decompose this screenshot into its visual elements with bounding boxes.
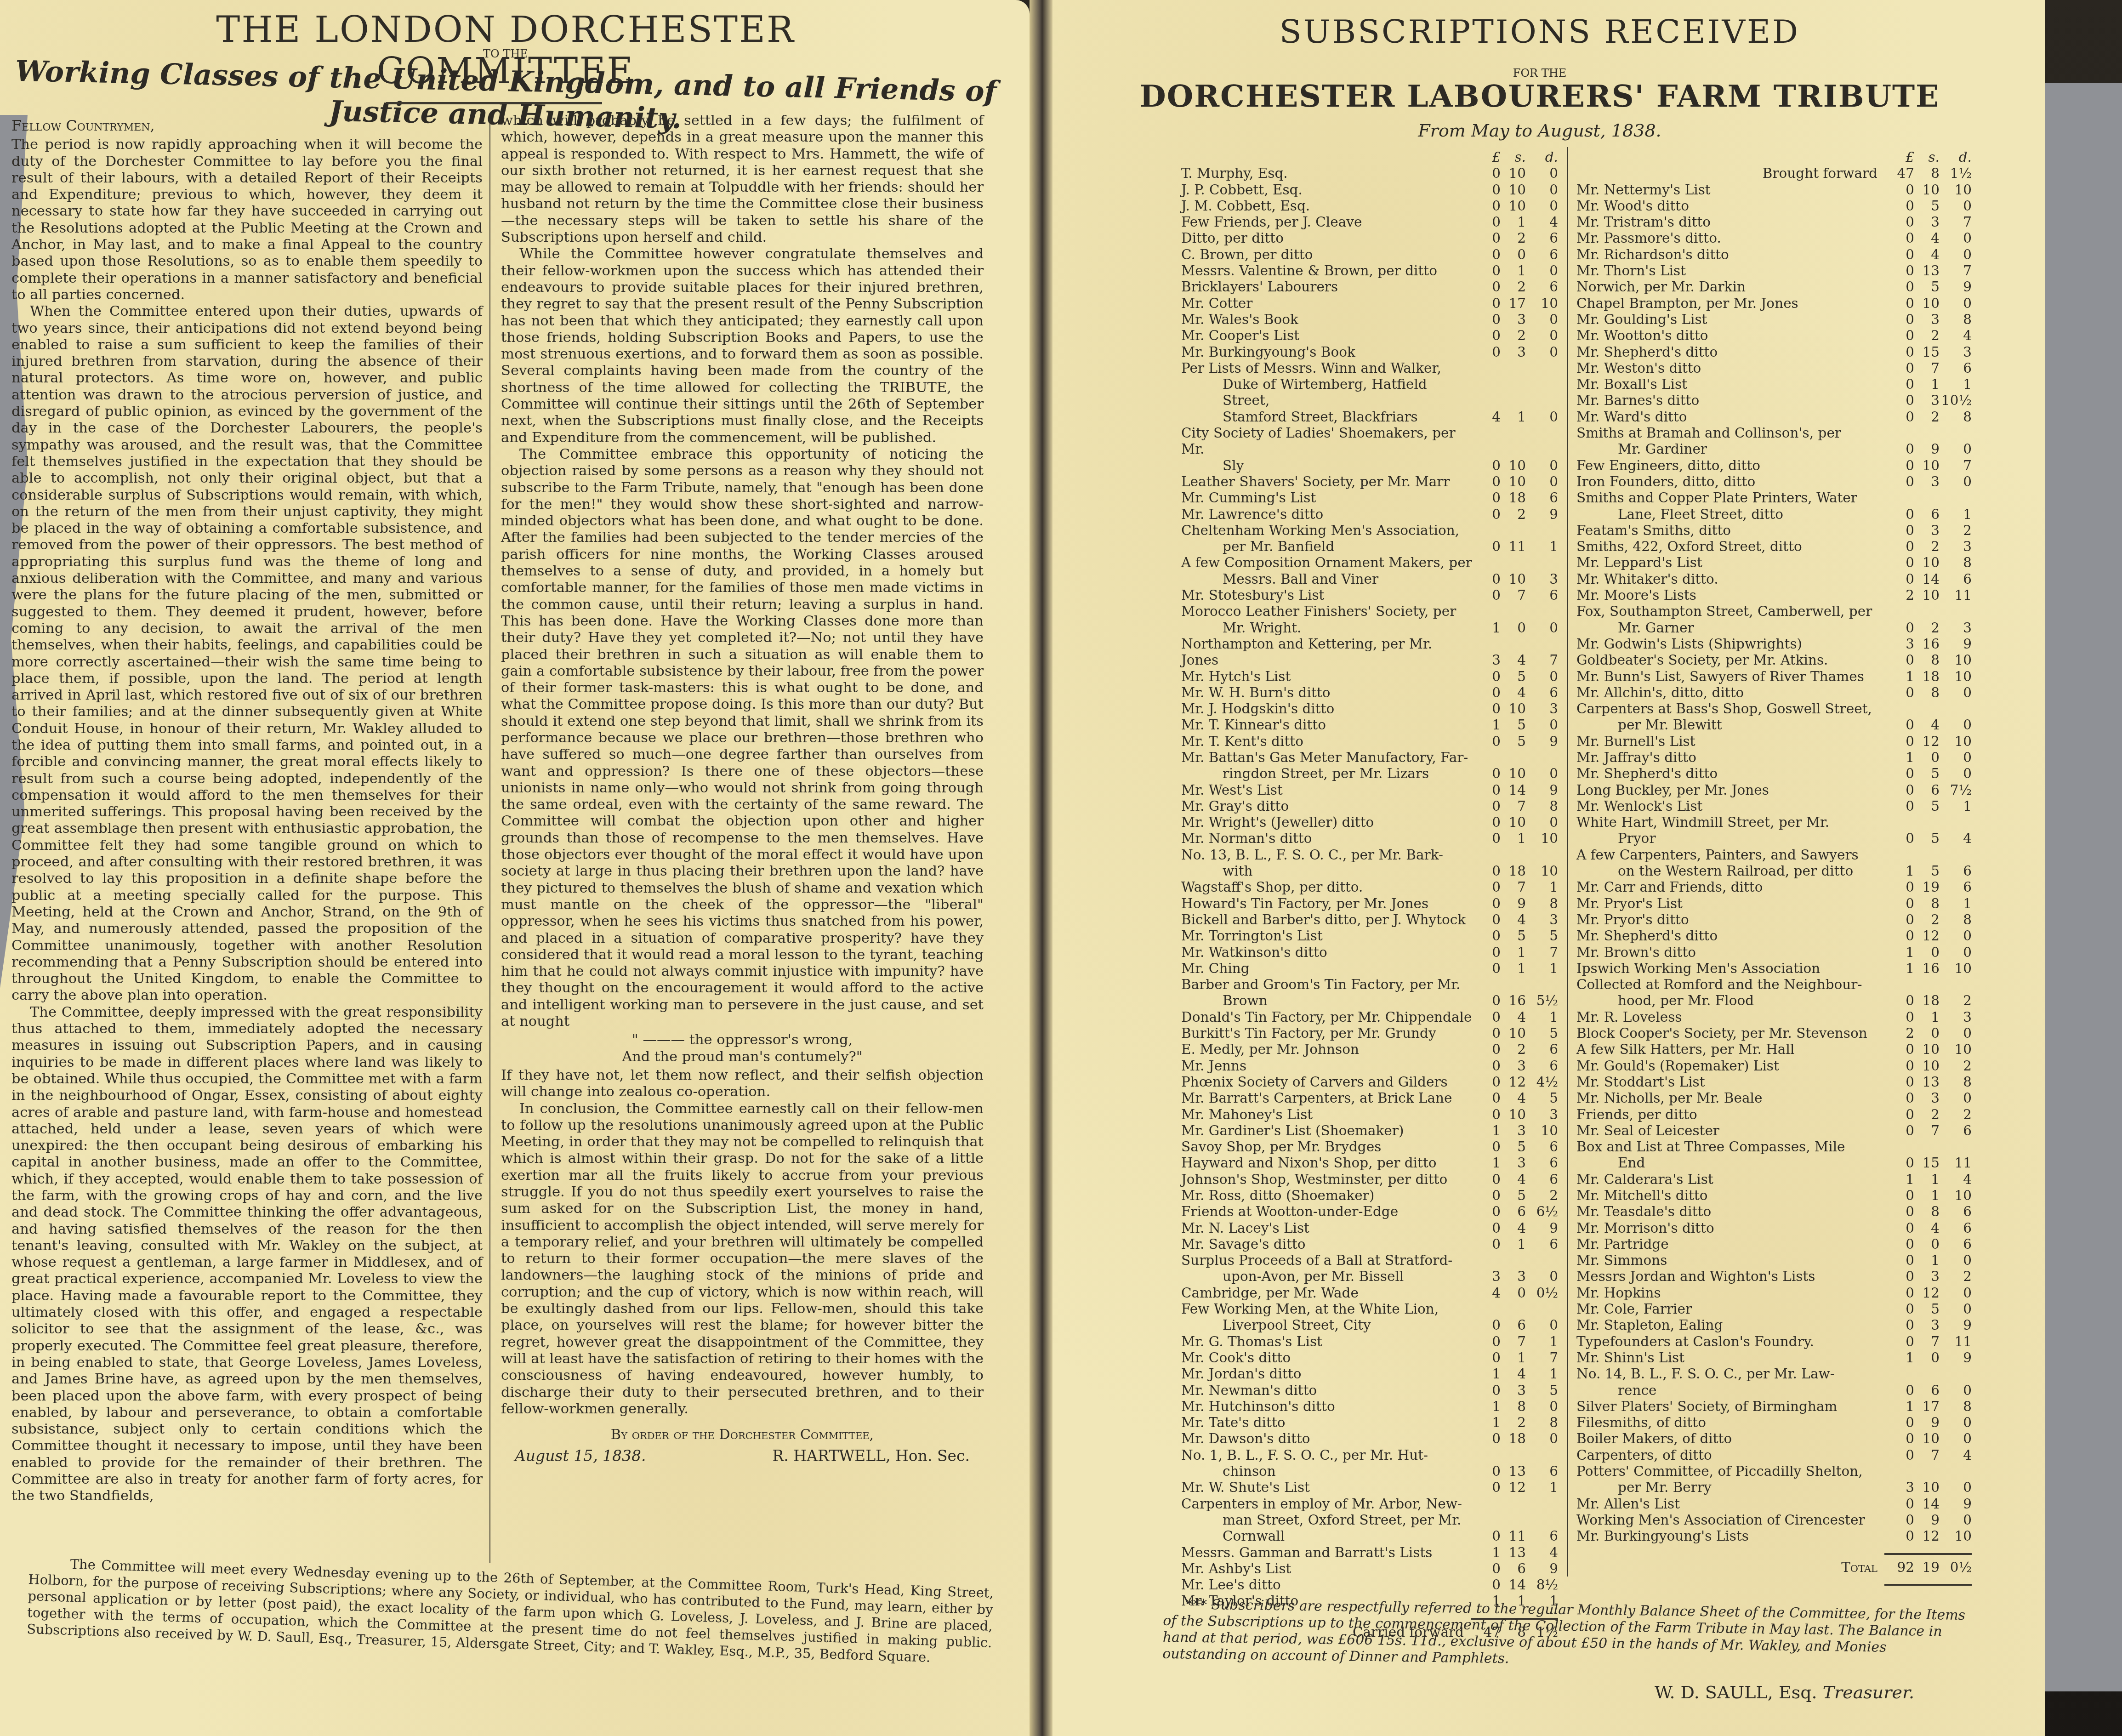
amount-pence: 7 xyxy=(1940,214,1972,230)
amount-shillings: 12 xyxy=(1501,1074,1526,1090)
subscription-row: Mr. Pryor's ditto028 xyxy=(1576,912,1972,928)
amount-pence: 4½ xyxy=(1526,1074,1558,1090)
subscriber-name: Mr. West's List xyxy=(1181,782,1473,798)
subscription-row: Northampton and Kettering, per Mr. Jones… xyxy=(1181,636,1558,669)
subscriber-name: Mr. Cumming's List xyxy=(1181,490,1473,506)
amount-shillings: 12 xyxy=(1914,1528,1940,1544)
amount-shillings: 1 xyxy=(1501,214,1526,230)
amount-pounds: 0 xyxy=(1887,214,1914,230)
amount-shillings: 14 xyxy=(1914,1496,1940,1512)
subscription-row: City Society of Ladies' Shoemakers, per … xyxy=(1181,425,1558,474)
amount-pounds: 0 xyxy=(1473,928,1501,944)
subscriptions-title: SUBSCRIPTIONS RECEIVED xyxy=(1057,13,2022,51)
amount-pounds: 0 xyxy=(1473,1350,1501,1366)
amount-shillings: 3 xyxy=(1501,344,1526,360)
amount-pence: 6 xyxy=(1526,1042,1558,1058)
amount-pence: 2 xyxy=(1526,1188,1558,1204)
amount-pounds: 0 xyxy=(1887,831,1914,847)
subscriber-name: Ipswich Working Men's Association xyxy=(1576,961,1887,977)
subscription-row: Mr. Tristram's ditto037 xyxy=(1576,214,1972,230)
amount-pounds: 0 xyxy=(1473,247,1501,263)
amount-pence: 6 xyxy=(1526,1058,1558,1074)
subscriber-name: Per Lists of Messrs. Winn and Walker,Duk… xyxy=(1181,360,1473,425)
subscription-row: Carpenters, of ditto074 xyxy=(1576,1447,1972,1463)
amount-pence: 0 xyxy=(1940,1512,1972,1528)
subscriber-name: Mr. Ward's ditto xyxy=(1576,409,1887,425)
amount-shillings: 5 xyxy=(1914,1301,1940,1317)
amount-pounds: 0 xyxy=(1887,1285,1914,1301)
amount-shillings: 4 xyxy=(1501,912,1526,928)
subscriber-name: Ditto, per ditto xyxy=(1181,230,1473,246)
amount-shillings: 3 xyxy=(1501,312,1526,328)
amount-pounds: 1 xyxy=(1887,945,1914,961)
subscriber-name: Silver Platers' Society, of Birmingham xyxy=(1576,1399,1887,1415)
amount-shillings: 16 xyxy=(1914,636,1940,652)
amount-pounds: 0 xyxy=(1887,1317,1914,1333)
amount-pence: 1 xyxy=(1526,1366,1558,1382)
amount-pounds: 0 xyxy=(1473,912,1501,928)
amount-shillings: 5 xyxy=(1914,863,1940,879)
subscriber-name: Mr. Wenlock's List xyxy=(1576,798,1887,814)
subscriber-name: Cheltenham Working Men's Association,per… xyxy=(1181,523,1473,555)
subscription-row: No. 14, B. L., F. S. O. C., per Mr. Law-… xyxy=(1576,1366,1972,1399)
subscription-row: Mr. Newman's ditto035 xyxy=(1181,1383,1558,1399)
amount-pounds: 0 xyxy=(1473,474,1501,490)
amount-pence: 0 xyxy=(1526,1431,1558,1447)
amount-pence: 0 xyxy=(1940,1285,1972,1301)
subscriber-name: Mr. T. Kent's ditto xyxy=(1181,734,1473,750)
subscriber-name: Mr. Leppard's List xyxy=(1576,555,1887,571)
subscription-row: Mr. Burkingyoung's Book030 xyxy=(1181,344,1558,360)
subscriber-name: Mr. Jenns xyxy=(1181,1058,1473,1074)
subscription-row: Mr. Weston's ditto076 xyxy=(1576,360,1972,376)
subscription-row: Howard's Tin Factory, per Mr. Jones098 xyxy=(1181,896,1558,912)
column-divider xyxy=(1567,147,1568,1577)
amount-pence: 9 xyxy=(1526,734,1558,750)
amount-pence: 1 xyxy=(1526,961,1558,977)
amount-shillings: 4 xyxy=(1501,1009,1526,1025)
amount-pounds: 1 xyxy=(1887,1172,1914,1188)
paragraph: The Committee embrace this opportunity o… xyxy=(501,446,984,1030)
subscriber-name: Mr. Newman's ditto xyxy=(1181,1383,1473,1399)
amount-shillings: 7 xyxy=(1914,1447,1940,1463)
subscription-row: Mr. Barnes's ditto0310½ xyxy=(1576,393,1972,409)
subscription-row: Mr. T. Kent's ditto059 xyxy=(1181,734,1558,750)
amount-pounds: 0 xyxy=(1887,198,1914,214)
amount-pence: 4 xyxy=(1940,1447,1972,1463)
amount-pounds: 1 xyxy=(1887,1350,1914,1366)
amount-pounds: 0 xyxy=(1887,1236,1914,1252)
amount-pounds: 0 xyxy=(1473,344,1501,360)
subscription-row: Carpenters in employ of Mr. Arbor, New-m… xyxy=(1181,1496,1558,1545)
subscription-row: Mr. Gray's ditto078 xyxy=(1181,798,1558,814)
amount-pounds: 0 xyxy=(1887,1042,1914,1058)
amount-pounds: 1 xyxy=(1887,863,1914,879)
amount-pence: 0 xyxy=(1526,717,1558,733)
subscriptions-column-2: £ s. d. Brought forward 47 8 1½ Mr. Nett… xyxy=(1576,149,1972,1590)
title-connector: FOR THE xyxy=(1057,67,2022,80)
amount-pounds: 0 xyxy=(1887,393,1914,409)
amount-shillings: 18 xyxy=(1501,490,1526,506)
subscriber-name: Few Working Men, at the White Lion,Liver… xyxy=(1181,1301,1473,1334)
amount-pence: 0 xyxy=(1940,230,1972,246)
amount-shillings: 4 xyxy=(1914,230,1940,246)
amount-pence: 6 xyxy=(1940,360,1972,376)
treasurer-role: Treasurer. xyxy=(1823,1682,1914,1702)
subscription-row: Mr. Watkinson's ditto017 xyxy=(1181,945,1558,961)
amount-pounds: 2 xyxy=(1887,587,1914,603)
amount-shillings: 2 xyxy=(1914,539,1940,555)
subscriber-name: Norwich, per Mr. Darkin xyxy=(1576,279,1887,295)
amount-pence: 0 xyxy=(1940,1301,1972,1317)
amount-pence: 10 xyxy=(1940,652,1972,668)
book-gutter xyxy=(1030,0,1052,1736)
subscriber-name: Mr. Carr and Friends, ditto xyxy=(1576,879,1887,895)
amount-pounds: 0 xyxy=(1887,182,1914,198)
amount-shillings: 6 xyxy=(1501,1317,1526,1333)
subscriber-name: Mr. W. Shute's List xyxy=(1181,1480,1473,1496)
amount-shillings: 6 xyxy=(1914,507,1940,523)
subscriber-name: J. P. Cobbett, Esq. xyxy=(1181,182,1473,198)
amount-shillings: 17 xyxy=(1914,1399,1940,1415)
subscriber-name: Boiler Makers, of ditto xyxy=(1576,1431,1887,1447)
subscription-row: Mr. Gould's (Ropemaker) List0102 xyxy=(1576,1058,1972,1074)
amount-shillings: 3 xyxy=(1914,214,1940,230)
amount-pence: 0 xyxy=(1526,165,1558,182)
subscription-row: Working Men's Association of Cirencester… xyxy=(1576,1512,1972,1528)
subscription-row: Mr. Thorn's List0137 xyxy=(1576,263,1972,279)
amount-pence: 2 xyxy=(1940,1058,1972,1074)
amount-shillings: 2 xyxy=(1501,328,1526,344)
amount-shillings: 5 xyxy=(1914,198,1940,214)
subscription-row: Mr. G. Thomas's List071 xyxy=(1181,1334,1558,1350)
subscription-row: Few Engineers, ditto, ditto0107 xyxy=(1576,458,1972,474)
amount-shillings: 4 xyxy=(1501,1090,1526,1106)
amount-pounds: 0 xyxy=(1887,896,1914,912)
subscriber-name: Bricklayers' Labourers xyxy=(1181,279,1473,295)
amount-pounds: 0 xyxy=(1473,1317,1501,1333)
amount-shillings: 11 xyxy=(1501,1528,1526,1544)
amount-pounds: 0 xyxy=(1473,1204,1501,1220)
amount-pounds: 0 xyxy=(1473,279,1501,295)
subscriber-name: Mr. Bunn's List, Sawyers of River Thames xyxy=(1576,669,1887,685)
amount-pounds: 0 xyxy=(1887,782,1914,798)
amount-pounds: 0 xyxy=(1473,198,1501,214)
amount-shillings: 8 xyxy=(1914,1204,1940,1220)
subscription-row: Mr. Godwin's Lists (Shipwrights)3169 xyxy=(1576,636,1972,652)
amount-pounds: 0 xyxy=(1473,1383,1501,1399)
subscription-row: White Hart, Windmill Street, per Mr.Pryo… xyxy=(1576,814,1972,847)
amount-pounds: 0 xyxy=(1473,1463,1501,1480)
subscription-row: Donald's Tin Factory, per Mr. Chippendal… xyxy=(1181,1009,1558,1025)
currency-header: £ s. d. xyxy=(1181,149,1558,165)
amount-shillings: 3 xyxy=(1914,523,1940,539)
amount-shillings: 18 xyxy=(1501,863,1526,879)
amount-pounds: 0 xyxy=(1473,1480,1501,1496)
amount-pounds: 0 xyxy=(1887,652,1914,668)
subscription-row: Morocco Leather Finishers' Society, perM… xyxy=(1181,603,1558,636)
subscriber-name: Box and List at Three Compasses, MileEnd xyxy=(1576,1139,1887,1172)
amount-shillings: 5 xyxy=(1914,798,1940,814)
amount-pounds: 0 xyxy=(1887,376,1914,393)
subscription-row: Savoy Shop, per Mr. Brydges056 xyxy=(1181,1139,1558,1155)
subscriber-name: White Hart, Windmill Street, per Mr.Pryo… xyxy=(1576,814,1887,847)
subscriber-name: Mr. Mitchell's ditto xyxy=(1576,1188,1887,1204)
amount-pence: 2 xyxy=(1940,523,1972,539)
amount-pounds: 0 xyxy=(1887,1107,1914,1123)
amount-pounds: 0 xyxy=(1887,685,1914,701)
amount-pounds: 0 xyxy=(1887,717,1914,733)
subscription-row: Messrs Jordan and Wighton's Lists032 xyxy=(1576,1269,1972,1285)
by-order-line: By order of the Dorchester Committee, xyxy=(501,1427,984,1443)
amount-pounds: 2 xyxy=(1887,1025,1914,1042)
subscriber-name: Mr. Wootton's ditto xyxy=(1576,328,1887,344)
subscription-row: Mr. Burkingyoung's Lists01210 xyxy=(1576,1528,1972,1544)
subscriber-name: Mr. Thorn's List xyxy=(1576,263,1887,279)
sum-rule xyxy=(1884,1584,1972,1586)
amount-pence: 10 xyxy=(1940,961,1972,977)
amount-shillings: 8 xyxy=(1501,1399,1526,1415)
amount-shillings: 6 xyxy=(1914,782,1940,798)
amount-pence: 9 xyxy=(1940,1317,1972,1333)
subscriber-name: Savoy Shop, per Mr. Brydges xyxy=(1181,1139,1473,1155)
amount-pence: 8 xyxy=(1940,1074,1972,1090)
amount-pence: 0 xyxy=(1526,263,1558,279)
amount-pounds: 0 xyxy=(1473,182,1501,198)
subscription-row: Mr. Wright's (Jeweller) ditto0100 xyxy=(1181,814,1558,831)
subscription-row: A few Composition Ornament Makers, perMe… xyxy=(1181,555,1558,587)
amount-pence: 10 xyxy=(1526,831,1558,847)
amount-pence: 0 xyxy=(1940,1383,1972,1399)
amount-pounds: 0 xyxy=(1473,1074,1501,1090)
amount-shillings: 2 xyxy=(1501,279,1526,295)
amount-pence: 9 xyxy=(1940,1496,1972,1512)
amount-pence: 10 xyxy=(1526,1123,1558,1139)
amount-shillings: 10 xyxy=(1501,182,1526,198)
amount-pence: 6 xyxy=(1526,587,1558,603)
amount-pence: 6½ xyxy=(1526,1204,1558,1220)
amount-pence: 0 xyxy=(1526,344,1558,360)
subscriber-name: Messrs. Gamman and Barratt's Lists xyxy=(1181,1545,1473,1561)
subscriber-name: Mr. Ross, ditto (Shoemaker) xyxy=(1181,1188,1473,1204)
subscription-row: Mr. N. Lacey's List049 xyxy=(1181,1220,1558,1236)
amount-shillings: 18 xyxy=(1914,669,1940,685)
amount-pence: 0 xyxy=(1526,1269,1558,1285)
subscriber-name: Messrs Jordan and Wighton's Lists xyxy=(1576,1269,1887,1285)
amount-shillings: 2 xyxy=(1501,507,1526,523)
amount-pounds: 1 xyxy=(1887,961,1914,977)
amount-shillings: 0 xyxy=(1501,1285,1526,1301)
subscriber-name: Mr. W. H. Burn's ditto xyxy=(1181,685,1473,701)
amount-pence: 6 xyxy=(1526,685,1558,701)
amount-pence: 0 xyxy=(1526,620,1558,636)
amount-pounds: 0 xyxy=(1887,1301,1914,1317)
subscription-row: Mr. Dawson's ditto0180 xyxy=(1181,1431,1558,1447)
paragraph: When the Committee entered upon their du… xyxy=(11,303,483,1004)
subscription-row: Silver Platers' Society, of Birmingham11… xyxy=(1576,1399,1972,1415)
subscriber-name: Carpenters, of ditto xyxy=(1576,1447,1887,1463)
amount-shillings: 0 xyxy=(1501,247,1526,263)
paragraph: While the Committee however congratulate… xyxy=(501,246,984,446)
amount-pounds: 0 xyxy=(1887,1155,1914,1171)
subscription-row: E. Medly, per Mr. Johnson026 xyxy=(1181,1042,1558,1058)
amount-pence: 11 xyxy=(1940,587,1972,603)
subscriber-name: Carpenters at Bass's Shop, Goswell Stree… xyxy=(1576,701,1887,734)
amount-pence: 0 xyxy=(1940,766,1972,782)
amount-pounds: 0 xyxy=(1473,490,1501,506)
amount-shillings: 1 xyxy=(1501,945,1526,961)
subscriber-name: Wagstaff's Shop, per ditto. xyxy=(1181,879,1473,895)
subscription-row: Mr. Shinn's List109 xyxy=(1576,1350,1972,1366)
amount-pence: 4 xyxy=(1940,328,1972,344)
amount-pounds: 0 xyxy=(1887,734,1914,750)
amount-pence: 11 xyxy=(1940,1334,1972,1350)
amount-pounds: 0 xyxy=(1887,1123,1914,1139)
amount-shillings: 7 xyxy=(1501,798,1526,814)
amount-pence: 4 xyxy=(1940,831,1972,847)
subscriber-name: Collected at Romford and the Neighbour-h… xyxy=(1576,977,1887,1009)
title-connector: TO THE xyxy=(138,47,873,60)
subscription-row: T. Murphy, Esq.0100 xyxy=(1181,165,1558,182)
subscription-row: Friends, per ditto022 xyxy=(1576,1107,1972,1123)
amount-pounds: 0 xyxy=(1887,1009,1914,1025)
amount-pence: 1 xyxy=(1526,1480,1558,1496)
subscriber-name: Mr. R. Loveless xyxy=(1576,1009,1887,1025)
subscriber-name: Bickell and Barber's ditto, per J. Whyto… xyxy=(1181,912,1473,928)
amount-pounds: 0 xyxy=(1887,230,1914,246)
amount-pounds: 0 xyxy=(1887,1496,1914,1512)
amount-pounds: 1 xyxy=(1887,1399,1914,1415)
subscription-row: Smiths, 422, Oxford Street, ditto023 xyxy=(1576,539,1972,555)
subscription-row: Typefounders at Caslon's Foundry.0711 xyxy=(1576,1334,1972,1350)
brought-forward-row: Brought forward 47 8 1½ xyxy=(1576,165,1972,182)
amount-shillings: 4 xyxy=(1501,1366,1526,1382)
subscriber-name: Mr. Jordan's ditto xyxy=(1181,1366,1473,1382)
amount-pence: 8 xyxy=(1940,409,1972,425)
amount-pence: 6 xyxy=(1940,879,1972,895)
subscription-row: Mr. Nicholls, per Mr. Beale030 xyxy=(1576,1090,1972,1106)
amount-shillings: 5 xyxy=(1501,1139,1526,1155)
subscriber-name: Mr. Ching xyxy=(1181,961,1473,977)
amount-pounds: 4 xyxy=(1473,409,1501,425)
subscription-row: Mr. Allchin's, ditto, ditto080 xyxy=(1576,685,1972,701)
subscriber-name: Mr. Partridge xyxy=(1576,1236,1887,1252)
amount-pounds: 0 xyxy=(1887,1383,1914,1399)
amount-pence: 0 xyxy=(1526,198,1558,214)
amount-shillings: 16 xyxy=(1501,993,1526,1009)
amount-pence: 1 xyxy=(1940,376,1972,393)
subscriber-name: Mr. Pryor's ditto xyxy=(1576,912,1887,928)
subscriber-name: Mr. Lee's ditto xyxy=(1181,1577,1473,1593)
amount-shillings: 4 xyxy=(1501,1220,1526,1236)
amount-shillings: 12 xyxy=(1914,1285,1940,1301)
subscription-row: Phœnix Society of Carvers and Gilders012… xyxy=(1181,1074,1558,1090)
subscriber-name: Smiths and Copper Plate Printers, WaterL… xyxy=(1576,490,1887,523)
amount-pounds: 1 xyxy=(1887,750,1914,766)
amount-pence: 1 xyxy=(1526,879,1558,895)
subscription-row: Mr. Pryor's List081 xyxy=(1576,896,1972,912)
subscription-row: Mr. Jordan's ditto141 xyxy=(1181,1366,1558,1382)
amount-pence: 10 xyxy=(1940,1188,1972,1204)
amount-pence: 0 xyxy=(1940,717,1972,733)
amount-shillings: 4 xyxy=(1501,652,1526,668)
amount-shillings: 9 xyxy=(1914,1415,1940,1431)
amount-pounds: 0 xyxy=(1887,555,1914,571)
subscriber-name: No. 1, B. L., F. S. O. C., per Mr. Hut-c… xyxy=(1181,1447,1473,1480)
amount-pounds: 1 xyxy=(1473,1545,1501,1561)
amount-pounds: 0 xyxy=(1473,165,1501,182)
subscriber-name: Mr. Wright's (Jeweller) ditto xyxy=(1181,814,1473,831)
subscriber-name: Mr. Ashby's List xyxy=(1181,1561,1473,1577)
amount-shillings: 10 xyxy=(1501,1025,1526,1042)
amount-pence: 3 xyxy=(1526,571,1558,587)
amount-shillings: 14 xyxy=(1501,782,1526,798)
subscription-row: Mr. W. H. Burn's ditto046 xyxy=(1181,685,1558,701)
amount-shillings: 3 xyxy=(1501,1155,1526,1171)
amount-shillings: 0 xyxy=(1914,750,1940,766)
tribute-title: DORCHESTER LABOURERS' FARM TRIBUTE xyxy=(1057,78,2022,114)
subscription-row: Mr. Tate's ditto128 xyxy=(1181,1415,1558,1431)
subscription-row: Mr. Brown's ditto100 xyxy=(1576,945,1972,961)
amount-pounds: 0 xyxy=(1473,814,1501,831)
subscriber-name: Fox, Southampton Street, Camberwell, per… xyxy=(1576,603,1887,636)
amount-pence: 2 xyxy=(1940,993,1972,1009)
subscription-row: Carpenters at Bass's Shop, Goswell Stree… xyxy=(1576,701,1972,734)
amount-pence: 0 xyxy=(1940,1415,1972,1431)
subscriber-name: C. Brown, per ditto xyxy=(1181,247,1473,263)
subscriber-name: Mr. Boxall's List xyxy=(1576,376,1887,393)
amount-shillings: 12 xyxy=(1501,1480,1526,1496)
amount-pounds: 0 xyxy=(1473,1188,1501,1204)
subscriber-name: Mr. Weston's ditto xyxy=(1576,360,1887,376)
amount-shillings: 1 xyxy=(1914,1172,1940,1188)
amount-pence: 0 xyxy=(1940,750,1972,766)
amount-shillings: 0 xyxy=(1914,1025,1940,1042)
subscriber-name: Mr. Gardiner's List (Shoemaker) xyxy=(1181,1123,1473,1139)
amount-pence: 10½ xyxy=(1940,393,1972,409)
amount-pence: 0 xyxy=(1526,1317,1558,1333)
amount-pounds: 0 xyxy=(1473,1528,1501,1544)
amount-pounds: 0 xyxy=(1887,539,1914,555)
subscriber-name: Filesmiths, of ditto xyxy=(1576,1415,1887,1431)
amount-pence: 9 xyxy=(1940,1350,1972,1366)
amount-pounds: 0 xyxy=(1473,1172,1501,1188)
amount-pence: 0 xyxy=(1940,1252,1972,1269)
amount-pounds: 0 xyxy=(1887,474,1914,490)
subscription-row: Mr. Boxall's List011 xyxy=(1576,376,1972,393)
amount-shillings: 10 xyxy=(1914,296,1940,312)
amount-pence: 8 xyxy=(1526,1415,1558,1431)
amount-shillings: 3 xyxy=(1501,1058,1526,1074)
subscription-row: J. P. Cobbett, Esq.0100 xyxy=(1181,182,1558,198)
subscription-row: Mr. Leppard's List0108 xyxy=(1576,555,1972,571)
amount-pounds: 0 xyxy=(1887,1090,1914,1106)
amount-pence: 7½ xyxy=(1940,782,1972,798)
subscription-row: Boiler Makers, of ditto0100 xyxy=(1576,1431,1972,1447)
amount-pounds: 0 xyxy=(1473,945,1501,961)
treasurer-signature: W. D. SAULL, Esq. Treasurer. xyxy=(1655,1682,1914,1702)
amount-pence: 9 xyxy=(1940,279,1972,295)
amount-pounds: 0 xyxy=(1473,879,1501,895)
sum-rule xyxy=(1884,1553,1972,1555)
amount-pounds: 0 xyxy=(1887,279,1914,295)
subscriber-name: Barber and Groom's Tin Factory, per Mr.B… xyxy=(1181,977,1473,1009)
amount-shillings: 5 xyxy=(1914,831,1940,847)
amount-pence: 6 xyxy=(1526,1139,1558,1155)
subscription-row: Mr. Shepherd's ditto0153 xyxy=(1576,344,1972,360)
subscriber-name: Mr. Calderara's List xyxy=(1576,1172,1887,1188)
subscriber-name: A few Carpenters, Painters, and Sawyerso… xyxy=(1576,847,1887,880)
